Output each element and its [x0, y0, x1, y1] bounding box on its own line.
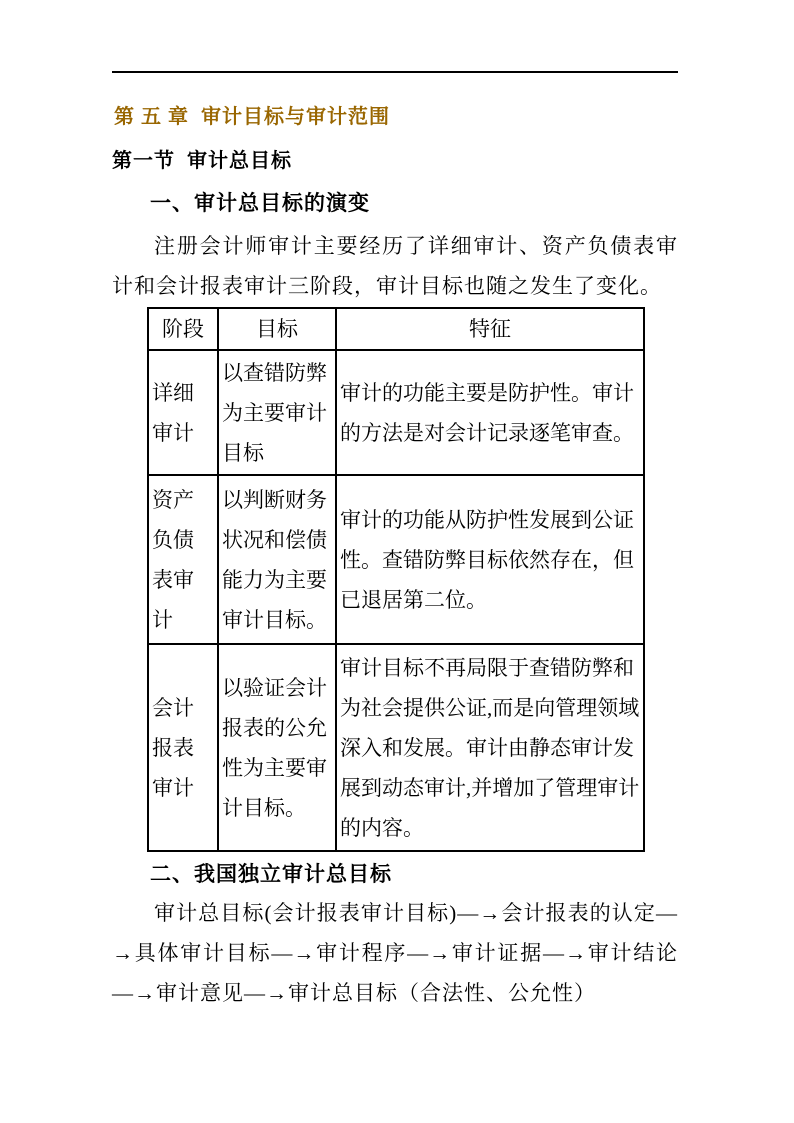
chapter-title: 第 五 章 审计目标与审计范围: [114, 100, 680, 129]
paragraph-objective-flow: 审计总目标(会计报表审计目标)—→会计报表的认定—→具体审计目标—→审计程序—→…: [112, 893, 678, 1013]
feature-cell: 审计的功能从防护性发展到公证性。查错防弊目标依然存在，但已退居第二位。: [336, 475, 644, 644]
header-cell-objective: 目标: [218, 308, 336, 350]
section-title: 第一节 审计总目标: [112, 144, 678, 173]
table-row: 资产负债表审计 以判断财务状况和偿债能力为主要审计目标。 审计的功能从防护性发展…: [148, 475, 644, 644]
feature-cell: 审计目标不再局限于查错防弊和为社会提供公证,而是向管理领域深入和发展。审计由静态…: [336, 644, 644, 851]
objective-cell: 以查错防弊为主要审计目标: [218, 350, 336, 475]
stage-cell: 会计报表审计: [148, 644, 218, 851]
stage-cell: 详细审计: [148, 350, 218, 475]
page-header-rule: [112, 71, 678, 73]
table-header-row: 阶段 目标 特征: [148, 308, 644, 350]
header-cell-stage: 阶段: [148, 308, 218, 350]
table-row: 会计报表审计 以验证会计报表的公允性为主要审计目标。 审计目标不再局限于查错防弊…: [148, 644, 644, 851]
heading-china-objective: 二、我国独立审计总目标: [112, 858, 678, 888]
document-page: 第 五 章 审计目标与审计范围 第一节 审计总目标 一、审计总目标的演变 注册会…: [0, 0, 794, 1123]
heading-evolution: 一、审计总目标的演变: [112, 187, 678, 217]
table-row: 详细审计 以查错防弊为主要审计目标 审计的功能主要是防护性。审计的方法是对会计记…: [148, 350, 644, 475]
header-cell-feature: 特征: [336, 308, 644, 350]
objective-cell: 以验证会计报表的公允性为主要审计目标。: [218, 644, 336, 851]
audit-stages-table: 阶段 目标 特征 详细审计 以查错防弊为主要审计目标 审计的功能主要是防护性。审…: [147, 307, 645, 852]
stage-cell: 资产负债表审计: [148, 475, 218, 644]
paragraph-evolution: 注册会计师审计主要经历了详细审计、资产负债表审计和会计报表审计三阶段，审计目标也…: [112, 226, 678, 306]
feature-cell: 审计的功能主要是防护性。审计的方法是对会计记录逐笔审查。: [336, 350, 644, 475]
objective-cell: 以判断财务状况和偿债能力为主要审计目标。: [218, 475, 336, 644]
